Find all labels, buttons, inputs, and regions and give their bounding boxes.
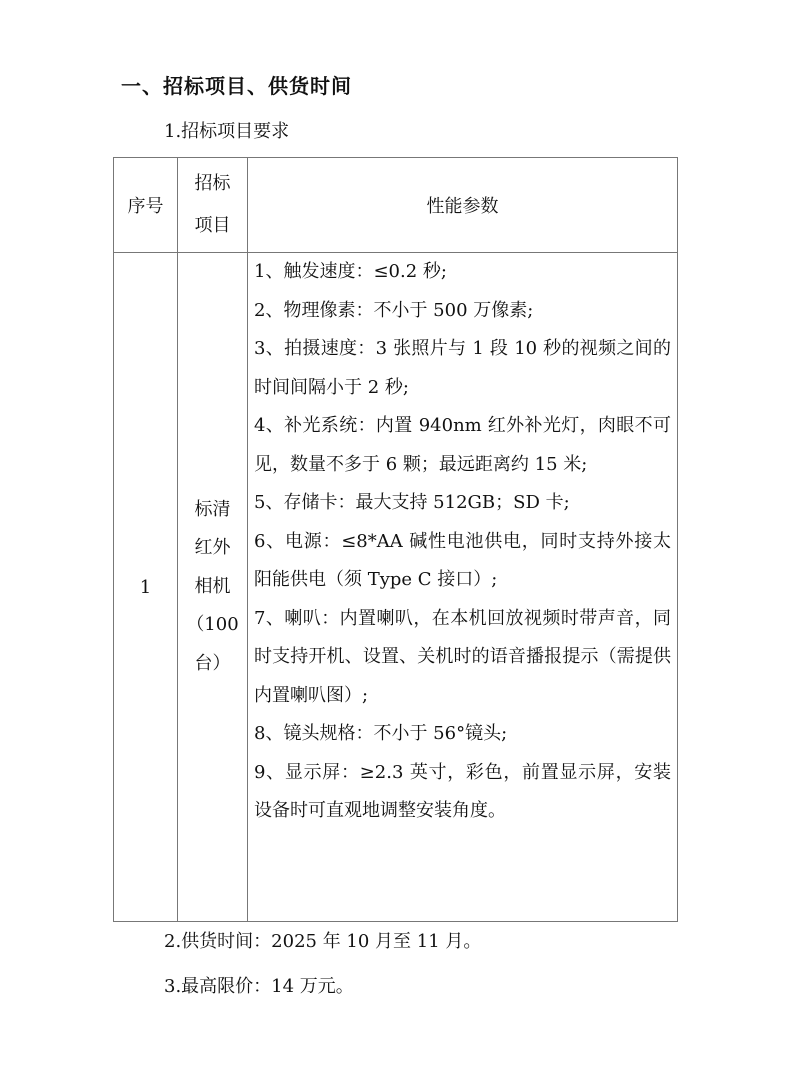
requirements-table: 序号 招标 项目 性能参数 1 标清 红外 相机 （100 台） 1、触发速度：… (113, 157, 678, 922)
param-storage: 5、存储卡：最大支持 512GB；SD 卡; (254, 484, 671, 523)
param-lens: 8、镜头规格：不小于 56°镜头; (254, 715, 671, 754)
param-display: 9、显示屏：≥2.3 英寸，彩色，前置显示屏，安装设备时可直观地调整安装角度。 (254, 754, 671, 831)
row-params: 1、触发速度：≤0.2 秒; 2、物理像素：不小于 500 万像素; 3、拍摄速… (248, 253, 678, 922)
header-item: 招标 项目 (178, 158, 248, 253)
param-pixels: 2、物理像素：不小于 500 万像素; (254, 292, 671, 331)
section-heading: 一、招标项目、供货时间 (121, 70, 352, 99)
param-power: 6、电源：≤8*AA 碱性电池供电，同时支持外接太阳能供电（须 Type C 接… (254, 523, 671, 600)
table-row: 1 标清 红外 相机 （100 台） 1、触发速度：≤0.2 秒; 2、物理像素… (114, 253, 678, 922)
subsection-title: 1.招标项目要求 (164, 117, 289, 143)
header-item-line1: 招标 (178, 163, 247, 205)
param-speaker: 7、喇叭：内置喇叭，在本机回放视频时带声音，同时支持开机、设置、关机时的语音播报… (254, 600, 671, 716)
item-line: 标清 (180, 491, 245, 530)
row-index: 1 (114, 253, 178, 922)
item-line: （100 (180, 606, 245, 645)
max-price: 3.最高限价：14 万元。 (164, 972, 354, 998)
table-header-row: 序号 招标 项目 性能参数 (114, 158, 678, 253)
param-trigger-speed: 1、触发速度：≤0.2 秒; (254, 253, 671, 292)
item-line: 红外 (180, 529, 245, 568)
header-params: 性能参数 (248, 158, 678, 253)
supply-time: 2.供货时间：2025 年 10 月至 11 月。 (164, 927, 481, 953)
param-shooting-speed: 3、拍摄速度：3 张照片与 1 段 10 秒的视频之间的时间间隔小于 2 秒; (254, 330, 671, 407)
header-item-line2: 项目 (178, 205, 247, 247)
row-item: 标清 红外 相机 （100 台） (178, 253, 248, 922)
param-fill-light: 4、补光系统：内置 940nm 红外补光灯，肉眼不可见，数量不多于 6 颗；最远… (254, 407, 671, 484)
item-line: 台） (180, 645, 245, 684)
item-line: 相机 (180, 568, 245, 607)
header-index: 序号 (114, 158, 178, 253)
